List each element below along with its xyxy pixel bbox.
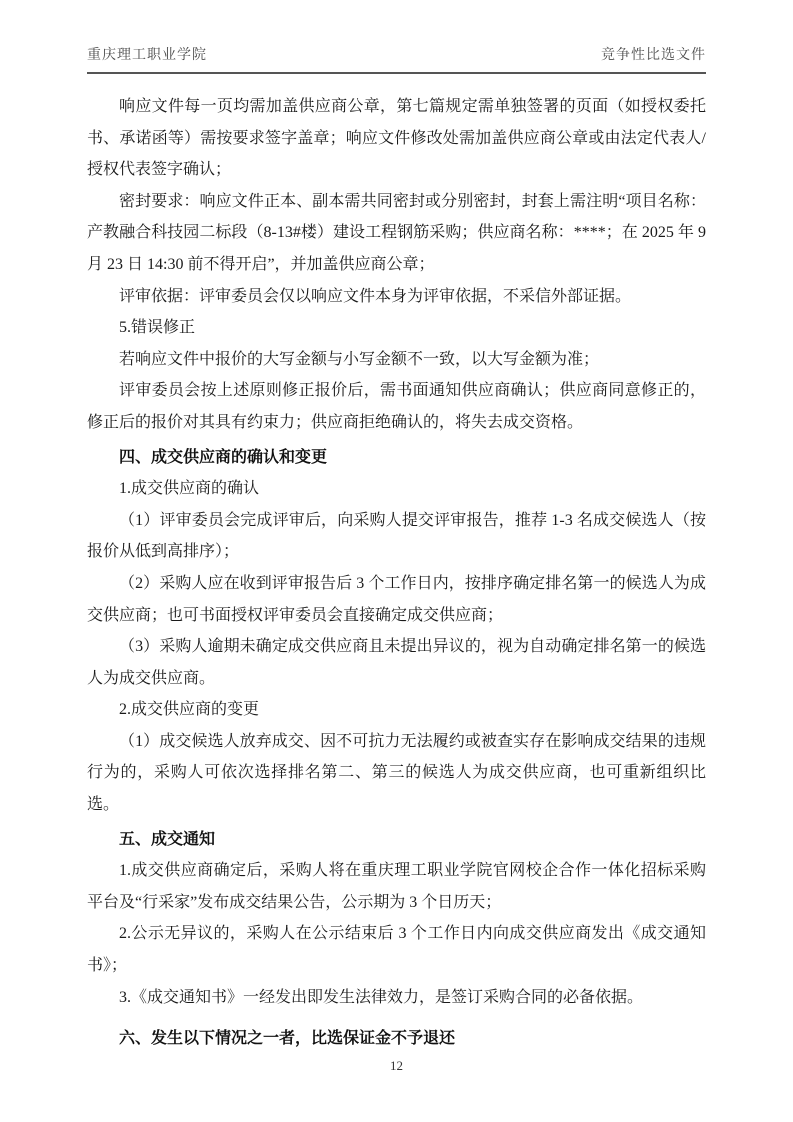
document-body: 响应文件每一页均需加盖供应商公章，第七篇规定需单独签署的页面（如授权委托书、承诺… [87,91,706,1055]
paragraph: 评审委员会按上述原则修正报价后，需书面通知供应商确认；供应商同意修正的，修正后的… [87,375,706,438]
header-left-title: 重庆理工职业学院 [87,44,207,64]
paragraph: 评审依据：评审委员会仅以响应文件本身为评审依据，不采信外部证据。 [87,281,706,313]
paragraph: 密封要求：响应文件正本、副本需共同密封或分别密封，封套上需注明“项目名称：产教融… [87,186,706,281]
document-page: 重庆理工职业学院 竞争性比选文件 响应文件每一页均需加盖供应商公章，第七篇规定需… [0,0,793,1122]
paragraph: （2）采购人应在收到评审报告后 3 个工作日内，按排序确定排名第一的候选人为成交… [87,568,706,631]
paragraph: 2.公示无异议的，采购人在公示结束后 3 个工作日内向成交供应商发出《成交通知书… [87,918,706,981]
paragraph: 3.《成交通知书》一经发出即发生法律效力，是签订采购合同的必备依据。 [87,982,706,1014]
header-right-title: 竞争性比选文件 [601,44,706,64]
paragraph: 2.成交供应商的变更 [87,694,706,726]
paragraph: 若响应文件中报价的大写金额与小写金额不一致，以大写金额为准； [87,344,706,376]
paragraph: 1.成交供应商确定后，采购人将在重庆理工职业学院官网校企合作一体化招标采购平台及… [87,855,706,918]
paragraph: （1）成交候选人放弃成交、因不可抗力无法履约或被查实存在影响成交结果的违规行为的… [87,726,706,821]
section-heading: 六、发生以下情况之一者，比选保证金不予退还 [87,1023,706,1055]
section-heading: 五、成交通知 [87,824,706,856]
paragraph: （3）采购人逾期未确定成交供应商且未提出异议的，视为自动确定排名第一的候选人为成… [87,631,706,694]
paragraph: 5.错误修正 [87,312,706,344]
paragraph: 响应文件每一页均需加盖供应商公章，第七篇规定需单独签署的页面（如授权委托书、承诺… [87,91,706,186]
page-footer: 12 [0,1058,793,1074]
paragraph: （1）评审委员会完成评审后，向采购人提交评审报告，推荐 1-3 名成交候选人（按… [87,505,706,568]
section-heading: 四、成交供应商的确认和变更 [87,442,706,474]
paragraph: 1.成交供应商的确认 [87,473,706,505]
page-header: 重庆理工职业学院 竞争性比选文件 [87,44,706,74]
page-number: 12 [390,1058,403,1073]
